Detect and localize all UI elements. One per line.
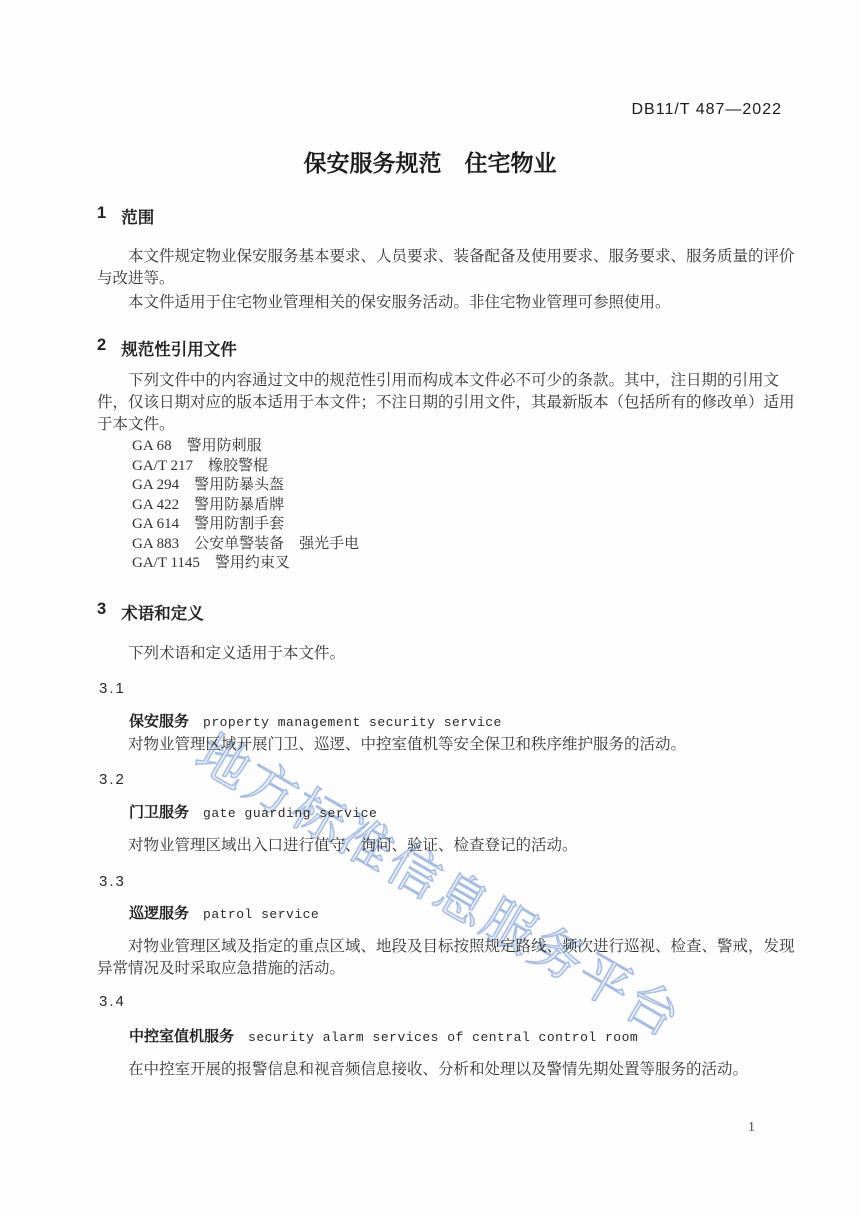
term-3-3-number: 3.3 bbox=[99, 873, 126, 890]
section-1-title: 范围 bbox=[121, 204, 154, 228]
reference-item: GA 422 警用防暴盾牌 bbox=[97, 496, 797, 516]
reference-item: GA 68 警用防刺服 bbox=[97, 437, 797, 457]
term-3-1-name-zh: 保安服务 bbox=[129, 710, 189, 731]
section-3-intro: 下列术语和定义适用于本文件。 bbox=[97, 643, 797, 665]
term-3-2-heading: 门卫服务 gate guarding service bbox=[129, 801, 377, 822]
section-1-heading: 1 范围 bbox=[97, 204, 154, 228]
section-3-number: 3 bbox=[97, 600, 106, 624]
term-3-2-name-en: gate guarding service bbox=[203, 806, 377, 821]
term-3-2-name-zh: 门卫服务 bbox=[129, 801, 189, 822]
standard-code: DB11/T 487—2022 bbox=[632, 101, 783, 119]
term-3-3-name-zh: 巡逻服务 bbox=[129, 902, 189, 923]
reference-item: GA/T 1145 警用约束叉 bbox=[97, 554, 797, 574]
term-3-2-number: 3.2 bbox=[99, 771, 126, 788]
section-1-paragraph-1: 本文件规定物业保安服务基本要求、人员要求、装备配备及使用要求、服务要求、服务质量… bbox=[97, 246, 797, 290]
term-3-2-definition: 对物业管理区域出入口进行值守、询问、验证、检查登记的活动。 bbox=[97, 835, 797, 857]
term-3-3-name-en: patrol service bbox=[203, 907, 319, 922]
term-3-4-definition: 在中控室开展的报警信息和视音频信息接收、分析和处理以及警情先期处置等服务的活动。 bbox=[97, 1059, 797, 1081]
term-3-4-heading: 中控室值机服务 security alarm services of centr… bbox=[129, 1025, 638, 1046]
reference-item: GA/T 217 橡胶警棍 bbox=[97, 457, 797, 477]
term-3-3-heading: 巡逻服务 patrol service bbox=[129, 902, 319, 923]
section-2-title: 规范性引用文件 bbox=[121, 336, 237, 360]
reference-item: GA 614 警用防割手套 bbox=[97, 515, 797, 535]
watermark-text: 地方标准信息服务平台 bbox=[185, 712, 699, 1052]
term-3-1-name-en: property management security service bbox=[203, 715, 502, 730]
term-3-1-definition: 对物业管理区域开展门卫、巡逻、中控室值机等安全保卫和秩序维护服务的活动。 bbox=[97, 734, 797, 756]
term-3-4-name-en: security alarm services of central contr… bbox=[248, 1030, 638, 1045]
section-1-paragraph-2: 本文件适用于住宅物业管理相关的保安服务活动。非住宅物业管理可参照使用。 bbox=[97, 292, 797, 314]
section-3-title: 术语和定义 bbox=[121, 600, 204, 624]
term-3-4-number: 3.4 bbox=[99, 993, 126, 1010]
section-2-number: 2 bbox=[97, 336, 106, 360]
document-page: 地方标准信息服务平台 DB11/T 487—2022 保安服务规范 住宅物业 1… bbox=[0, 0, 860, 1217]
term-3-4-name-zh: 中控室值机服务 bbox=[129, 1025, 234, 1046]
page-number: 1 bbox=[748, 1120, 755, 1136]
term-3-1-heading: 保安服务 property management security servic… bbox=[129, 710, 502, 731]
term-3-3-definition: 对物业管理区域及指定的重点区域、地段及目标按照规定路线、频次进行巡视、检查、警戒… bbox=[97, 936, 797, 980]
normative-references-list: GA 68 警用防刺服 GA/T 217 橡胶警棍 GA 294 警用防暴头盔 … bbox=[97, 437, 797, 574]
section-2-heading: 2 规范性引用文件 bbox=[97, 336, 237, 360]
section-2-paragraph-1: 下列文件中的内容通过文中的规范性引用而构成本文件必不可少的条款。其中，注日期的引… bbox=[97, 370, 797, 436]
section-1-number: 1 bbox=[97, 204, 106, 228]
term-3-1-number: 3.1 bbox=[99, 680, 126, 697]
document-title: 保安服务规范 住宅物业 bbox=[0, 145, 860, 178]
reference-item: GA 883 公安单警装备 强光手电 bbox=[97, 535, 797, 555]
section-3-heading: 3 术语和定义 bbox=[97, 600, 204, 624]
reference-item: GA 294 警用防暴头盔 bbox=[97, 476, 797, 496]
